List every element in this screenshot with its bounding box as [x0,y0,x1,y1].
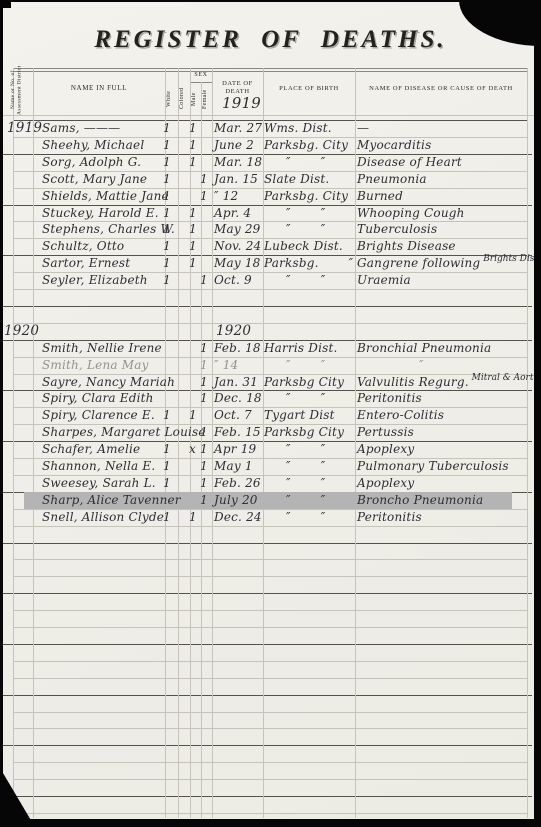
cell-name-in-full: Scott, Mary Jane [42,171,147,187]
rule-line [13,68,527,69]
cell-place-of-birth: Slate Dist. [264,171,329,187]
cell-name-in-full: Sheehy, Michael [42,137,144,153]
scan-wedge-bottom-left [0,768,32,822]
register-row: Shields, Mattie Jane11″ 12Parksbg. CityB… [0,188,541,205]
register-row: Sharp, Alice Tavenner1July 20″ ″Broncho … [0,492,541,509]
cell-white-mark: 1 [163,221,171,237]
cell-place-of-birth: Parksbg. City [264,137,348,153]
cell-cause-of-death: Whooping Cough [357,205,465,221]
cell-male-mark: 1 [189,154,197,170]
cell-place-of-birth: Tygart Dist [264,407,335,423]
column-header-colored: Colored [179,84,189,113]
rule-line [13,813,527,814]
cell-cause-of-death: ″ [357,357,424,373]
cell-name-in-full: Spiry, Clara Edith [42,390,154,406]
handwritten-year-1919-header: 1919 [222,95,261,111]
cell-name-in-full: Stuckey, Harold E. [42,205,159,221]
rule-line [13,728,527,729]
cell-female-mark: 1 [200,475,208,491]
cell-date-of-death: June 2 [214,137,254,153]
rule-line [2,644,532,645]
cell-female-mark: 1 [200,441,208,457]
register-row: Spiry, Clarence E.11Oct. 7Tygart DistEnt… [0,407,541,424]
rule-line [2,543,532,544]
rule-line [13,289,527,290]
cell-white-mark: 1 [163,509,171,525]
cell-cause-of-death: Pertussis [357,424,414,440]
register-row: Smith, Lena May1″ 14″ ″″ [0,357,541,374]
cell-name-in-full: Smith, Lena May [42,357,149,373]
cell-name-in-full: Sharpes, Margaret Louise [42,424,206,440]
cell-white-mark: 1 [163,255,171,271]
cell-male-mark: 1 [189,509,197,525]
cell-place-of-birth: ″ ″ [264,154,325,170]
rule-line [13,559,527,560]
cell-name-in-full: Shannon, Nella E. [42,458,155,474]
register-row: Stephens, Charles W.11May 29″ ″Tuberculo… [0,221,541,238]
cell-white-mark: 1 [163,154,171,170]
cell-date-of-death: July 20 [214,492,258,508]
register-row: Sayre, Nancy Mariah1Jan. 31Parksbg CityV… [0,374,541,391]
cell-name-in-full: Sorg, Adolph G. [42,154,141,170]
cell-place-of-birth: ″ ″ [264,357,325,373]
rule-line [13,661,527,662]
scan-edge-left [0,0,3,827]
cell-cause-of-death: Myocarditis [357,137,431,153]
cell-male-mark: 1 [189,238,197,254]
cell-white-mark: 1 [163,205,171,221]
cell-date-of-death: May 29 [214,221,261,237]
cell-male-mark: 1 [189,407,197,423]
cell-date-of-death: ″ 14 [214,357,238,373]
register-row: Stuckey, Harold E.11Apr. 4″ ″Whooping Co… [0,205,541,222]
cell-date-of-death: Dec. 24 [214,509,262,525]
column-header-name-in-full: NAME IN FULL [33,84,165,92]
cell-cause-of-death: Peritonitis [357,509,422,525]
cell-name-in-full: Schultz, Otto [42,238,124,254]
rule-line [2,796,532,797]
cell-cause-of-death: Broncho Pneumonia [357,492,483,508]
rule-line [2,593,532,594]
cell-cause-of-death: Pneumonia [357,171,427,187]
cell-place-of-birth: Parksbg. City [264,188,348,204]
rule-line [13,526,527,527]
cell-cause-of-death: Apoplexy [357,441,414,457]
cell-white-mark: 1 [163,475,171,491]
cell-cause-of-death: Valvulitis Regurg. Mitral & Aortic [357,374,541,392]
cell-name-in-full: Sayre, Nancy Mariah [42,374,175,390]
cell-female-mark: 1 [200,188,208,204]
cell-male-mark: 1 [189,221,197,237]
cell-cause-superscript: Mitral & Aortic [469,373,541,383]
cell-place-of-birth: ″ ″ [264,272,325,288]
column-header-assessment-district: Name or No. of Assessment District [10,64,32,116]
cell-cause-of-death: Entero-Colitis [357,407,444,423]
cell-place-of-birth: ″ ″ [264,492,325,508]
cell-date-of-death: Oct. 9 [214,272,252,288]
cell-female-mark: 1 [200,374,208,390]
register-row: Smith, Nellie Irene1Feb. 18Harris Dist.B… [0,340,541,357]
rule-line [13,779,527,780]
register-row: Scott, Mary Jane11Jan. 15Slate Dist.Pneu… [0,171,541,188]
cell-cause-of-death: Disease of Heart [357,154,462,170]
rule-line [13,71,527,72]
scan-edge-right [534,0,541,827]
cell-name-in-full: Spiry, Clarence E. [42,407,155,423]
rule-line [13,712,527,713]
cell-name-in-full: Schafer, Amelie [42,441,140,457]
cell-place-of-birth: Parksbg City [264,374,344,390]
register-row: Spiry, Clara Edith1Dec. 18″ ″Peritonitis [0,390,541,407]
cell-date-of-death: Apr 19 [214,441,256,457]
cell-cause-superscript: Brights Disease [480,254,541,264]
inline-year-label: 1920 [216,323,251,339]
cell-place-of-birth: Parksbg. ″ [264,255,353,271]
cell-date-of-death: Apr. 4 [214,205,251,221]
cell-place-of-birth: ″ ″ [264,441,325,457]
cell-place-of-birth: ″ ″ [264,221,325,237]
cell-male-mark: 1 [189,137,197,153]
cell-female-mark: 1 [200,458,208,474]
cell-date-of-death: Mar. 27 [214,120,262,136]
cell-female-mark: 1 [200,390,208,406]
cell-cause-of-death: Burned [357,188,403,204]
register-row: Shannon, Nella E.11May 1″ ″Pulmonary Tub… [0,458,541,475]
cell-cause-of-death: Brights Disease [357,238,456,254]
cell-cause-of-death: Peritonitis [357,390,422,406]
cell-place-of-birth: ″ ″ [264,475,325,491]
cell-female-mark: 1 [200,171,208,187]
register-row: Sorg, Adolph G.11Mar. 18″ ″Disease of He… [0,154,541,171]
cell-date-of-death: Jan. 31 [214,374,258,390]
margin-year-label: 1920 [4,323,39,339]
cell-date-of-death: Nov. 24 [214,238,261,254]
cell-white-mark: 1 [163,137,171,153]
rule-line [13,678,527,679]
cell-cause-of-death: Apoplexy [357,475,414,491]
register-row: Seyler, Elizabeth11Oct. 9″ ″Uraemia [0,272,541,289]
page-title: REGISTER OF DEATHS. [0,26,541,54]
cell-female-mark: 1 [200,492,208,508]
cell-name-in-full: Sams, ——— [42,120,120,136]
column-header-date-of-death-line1: DATE OF [212,80,263,87]
rule-line [2,745,532,746]
cell-cause-of-death: — [357,120,369,136]
cell-cause-of-death: Gangrene following Brights Disease [357,255,541,273]
cell-white-mark: 1 [163,171,171,187]
register-row: Sams, ———11Mar. 27Wms. Dist.— [0,120,541,137]
cell-white-mark: 1 [163,120,171,136]
cell-name-in-full: Sharp, Alice Tavenner [42,492,181,508]
rule-line [2,306,532,307]
cell-white-mark: 1 [163,188,171,204]
cell-cause-of-death: Uraemia [357,272,411,288]
cell-place-of-birth: Wms. Dist. [264,120,332,136]
cell-male-mark: 1 [189,120,197,136]
cell-female-mark: 1 [200,340,208,356]
cell-white-mark: 1 [163,272,171,288]
cell-date-of-death: Mar. 18 [214,154,262,170]
cell-date-of-death: Dec. 18 [214,390,262,406]
cell-female-mark: 1 [200,424,208,440]
cell-female-mark: 1 [200,357,208,373]
cell-date-of-death: ″ 12 [214,188,238,204]
column-header-female: Female [202,86,211,113]
cell-place-of-birth: ″ ″ [264,390,325,406]
cell-name-in-full: Snell, Allison Clyde [42,509,164,525]
cell-place-of-birth: ″ ″ [264,509,325,525]
column-header-sex: SEX [190,72,212,78]
cell-date-of-death: May 1 [214,458,253,474]
register-row: Schultz, Otto11Nov. 24Lubeck Dist.Bright… [0,238,541,255]
cell-female-mark: 1 [200,272,208,288]
register-row: Sharpes, Margaret Louise1Feb. 15Parksbg … [0,424,541,441]
cell-place-of-birth: ″ ″ [264,205,325,221]
scanned-register-page: REGISTER OF DEATHS. 1919Sams, ———11Mar. … [0,0,541,827]
column-header-place-of-birth: PLACE OF BIRTH [263,85,355,92]
cell-white-mark: 1 [163,458,171,474]
cell-place-of-birth: Parksbg City [264,424,344,440]
cell-male-mark: 1 [189,255,197,271]
cell-name-in-full: Stephens, Charles W. [42,221,175,237]
cell-white-mark: 1 [163,238,171,254]
rule-line [13,762,527,763]
cell-name-in-full: Seyler, Elizabeth [42,272,148,288]
cell-date-of-death: Jan. 15 [214,171,258,187]
cell-white-mark: 1 [163,407,171,423]
register-row: Sheehy, Michael11June 2Parksbg. CityMyoc… [0,137,541,154]
cell-date-of-death: Feb. 15 [214,424,261,440]
cell-name-in-full: Smith, Nellie Irene [42,340,162,356]
cell-cause-of-death: Bronchial Pneumonia [357,340,491,356]
cell-date-of-death: Feb. 18 [214,340,261,356]
cell-name-in-full: Sweesey, Sarah L. [42,475,156,491]
rule-line [13,610,527,611]
cell-date-of-death: Feb. 26 [214,475,261,491]
register-row: Schafer, Amelie1x1Apr 19″ ″Apoplexy [0,441,541,458]
scan-edge-bottom [0,819,541,827]
cell-place-of-birth: Lubeck Dist. [264,238,343,254]
rule-line [2,115,539,116]
cell-place-of-birth: Harris Dist. [264,340,338,356]
rule-line [13,576,527,577]
cell-male-mark: 1 [189,205,197,221]
column-header-male: Male [191,86,200,113]
cell-date-of-death: Oct. 7 [214,407,252,423]
register-row: Sartor, Ernest11May 18Parksbg. ″Gangrene… [0,255,541,272]
register-row: 19201920 [0,323,541,340]
cell-cause-of-death: Tuberculosis [357,221,437,237]
column-header-cause-of-death: NAME OF DISEASE OR CAUSE OF DEATH [355,85,527,92]
cell-white-mark: 1 [163,441,171,457]
rule-line [2,695,532,696]
cell-male-mark: x [189,441,196,457]
cell-place-of-birth: ″ ″ [264,458,325,474]
rule-line [13,627,527,628]
cell-name-in-full: Sartor, Ernest [42,255,130,271]
column-header-white: White [166,84,177,113]
register-row: Sweesey, Sarah L.11Feb. 26″ ″Apoplexy [0,475,541,492]
register-row: Snell, Allison Clyde11Dec. 24″ ″Peritoni… [0,509,541,526]
cell-cause-of-death: Pulmonary Tuberculosis [357,458,509,474]
cell-date-of-death: May 18 [214,255,261,271]
cell-name-in-full: Shields, Mattie Jane [42,188,169,204]
